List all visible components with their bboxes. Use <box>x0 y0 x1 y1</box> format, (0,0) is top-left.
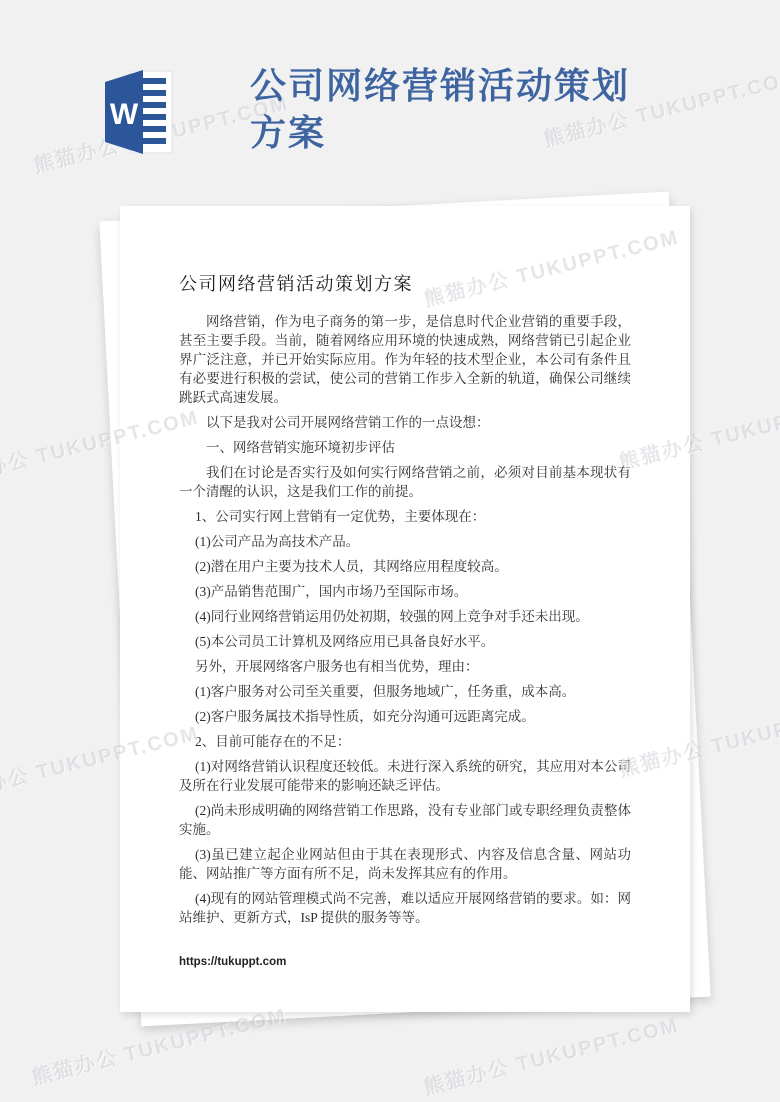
document-paragraph: (4)现有的网站管理模式尚不完善，难以适应开展网络营销的要求。如：网站维护、更新… <box>179 889 631 927</box>
document-paragraph: 另外，开展网络客户服务也有相当优势，理由： <box>179 657 631 676</box>
document-paragraph: (1)对网络营销认识程度还较低。未进行深入系统的研究，其应用对本公司及所在行业发… <box>179 757 631 795</box>
document-body: 网络营销，作为电子商务的第一步，是信息时代企业营销的重要手段，甚至主要手段。当前… <box>179 312 631 927</box>
document-paragraph: (3)虽已建立起企业网站但由于其在表现形式、内容及信息含量、网站功能、网站推广等… <box>179 845 631 883</box>
document-paragraph: (2)尚未形成明确的网络营销工作思路，没有专业部门或专职经理负责整体实施。 <box>179 801 631 839</box>
document-paragraph: 一、网络营销实施环境初步评估 <box>179 438 631 457</box>
document-heading: 公司网络营销活动策划方案 <box>179 272 631 296</box>
document-paragraph: (2)潜在用户主要为技术人员，其网络应用程度较高。 <box>179 557 631 576</box>
watermark-text: 熊猫办公 TUKUPPT.COM <box>420 1009 681 1101</box>
document-paragraph: (1)客户服务对公司至关重要，但服务地域广，任务重，成本高。 <box>179 682 631 701</box>
footer-url: https://tukuppt.com <box>179 956 286 968</box>
page-title: 公司网络营销活动策划方案 <box>250 62 650 156</box>
word-icon-graphic: W <box>103 66 175 158</box>
document-paragraph: (4)同行业网络营销运用仍处初期，较强的网上竞争对手还未出现。 <box>179 607 631 626</box>
document-paragraph: 以下是我对公司开展网络营销工作的一点设想： <box>179 413 631 432</box>
word-icon-letter: W <box>110 98 139 131</box>
document-paragraph: 2、目前可能存在的不足： <box>179 732 631 751</box>
document-paragraph: 我们在讨论是否实行及如何实行网络营销之前，必须对目前基本现状有一个清醒的认识，这… <box>179 463 631 501</box>
preview-page: 熊猫办公 TUKUPPT.COM熊猫办公 TUKUPPT.COM熊猫办公 TUK… <box>0 0 780 1102</box>
document-paragraph: 网络营销，作为电子商务的第一步，是信息时代企业营销的重要手段，甚至主要手段。当前… <box>179 312 631 407</box>
document-paragraph: (1)公司产品为高技术产品。 <box>179 532 631 551</box>
document-paragraph: 1、公司实行网上营销有一定优势，主要体现在： <box>179 507 631 526</box>
document-paragraph: (5)本公司员工计算机及网络应用已具备良好水平。 <box>179 632 631 651</box>
document-paragraph: (2)客户服务属技术指导性质，如充分沟通可远距离完成。 <box>179 707 631 726</box>
document-paragraph: (3)产品销售范围广，国内市场乃至国际市场。 <box>179 582 631 601</box>
word-icon: W <box>103 66 175 158</box>
document-page: 公司网络营销活动策划方案 网络营销，作为电子商务的第一步，是信息时代企业营销的重… <box>120 206 690 1012</box>
